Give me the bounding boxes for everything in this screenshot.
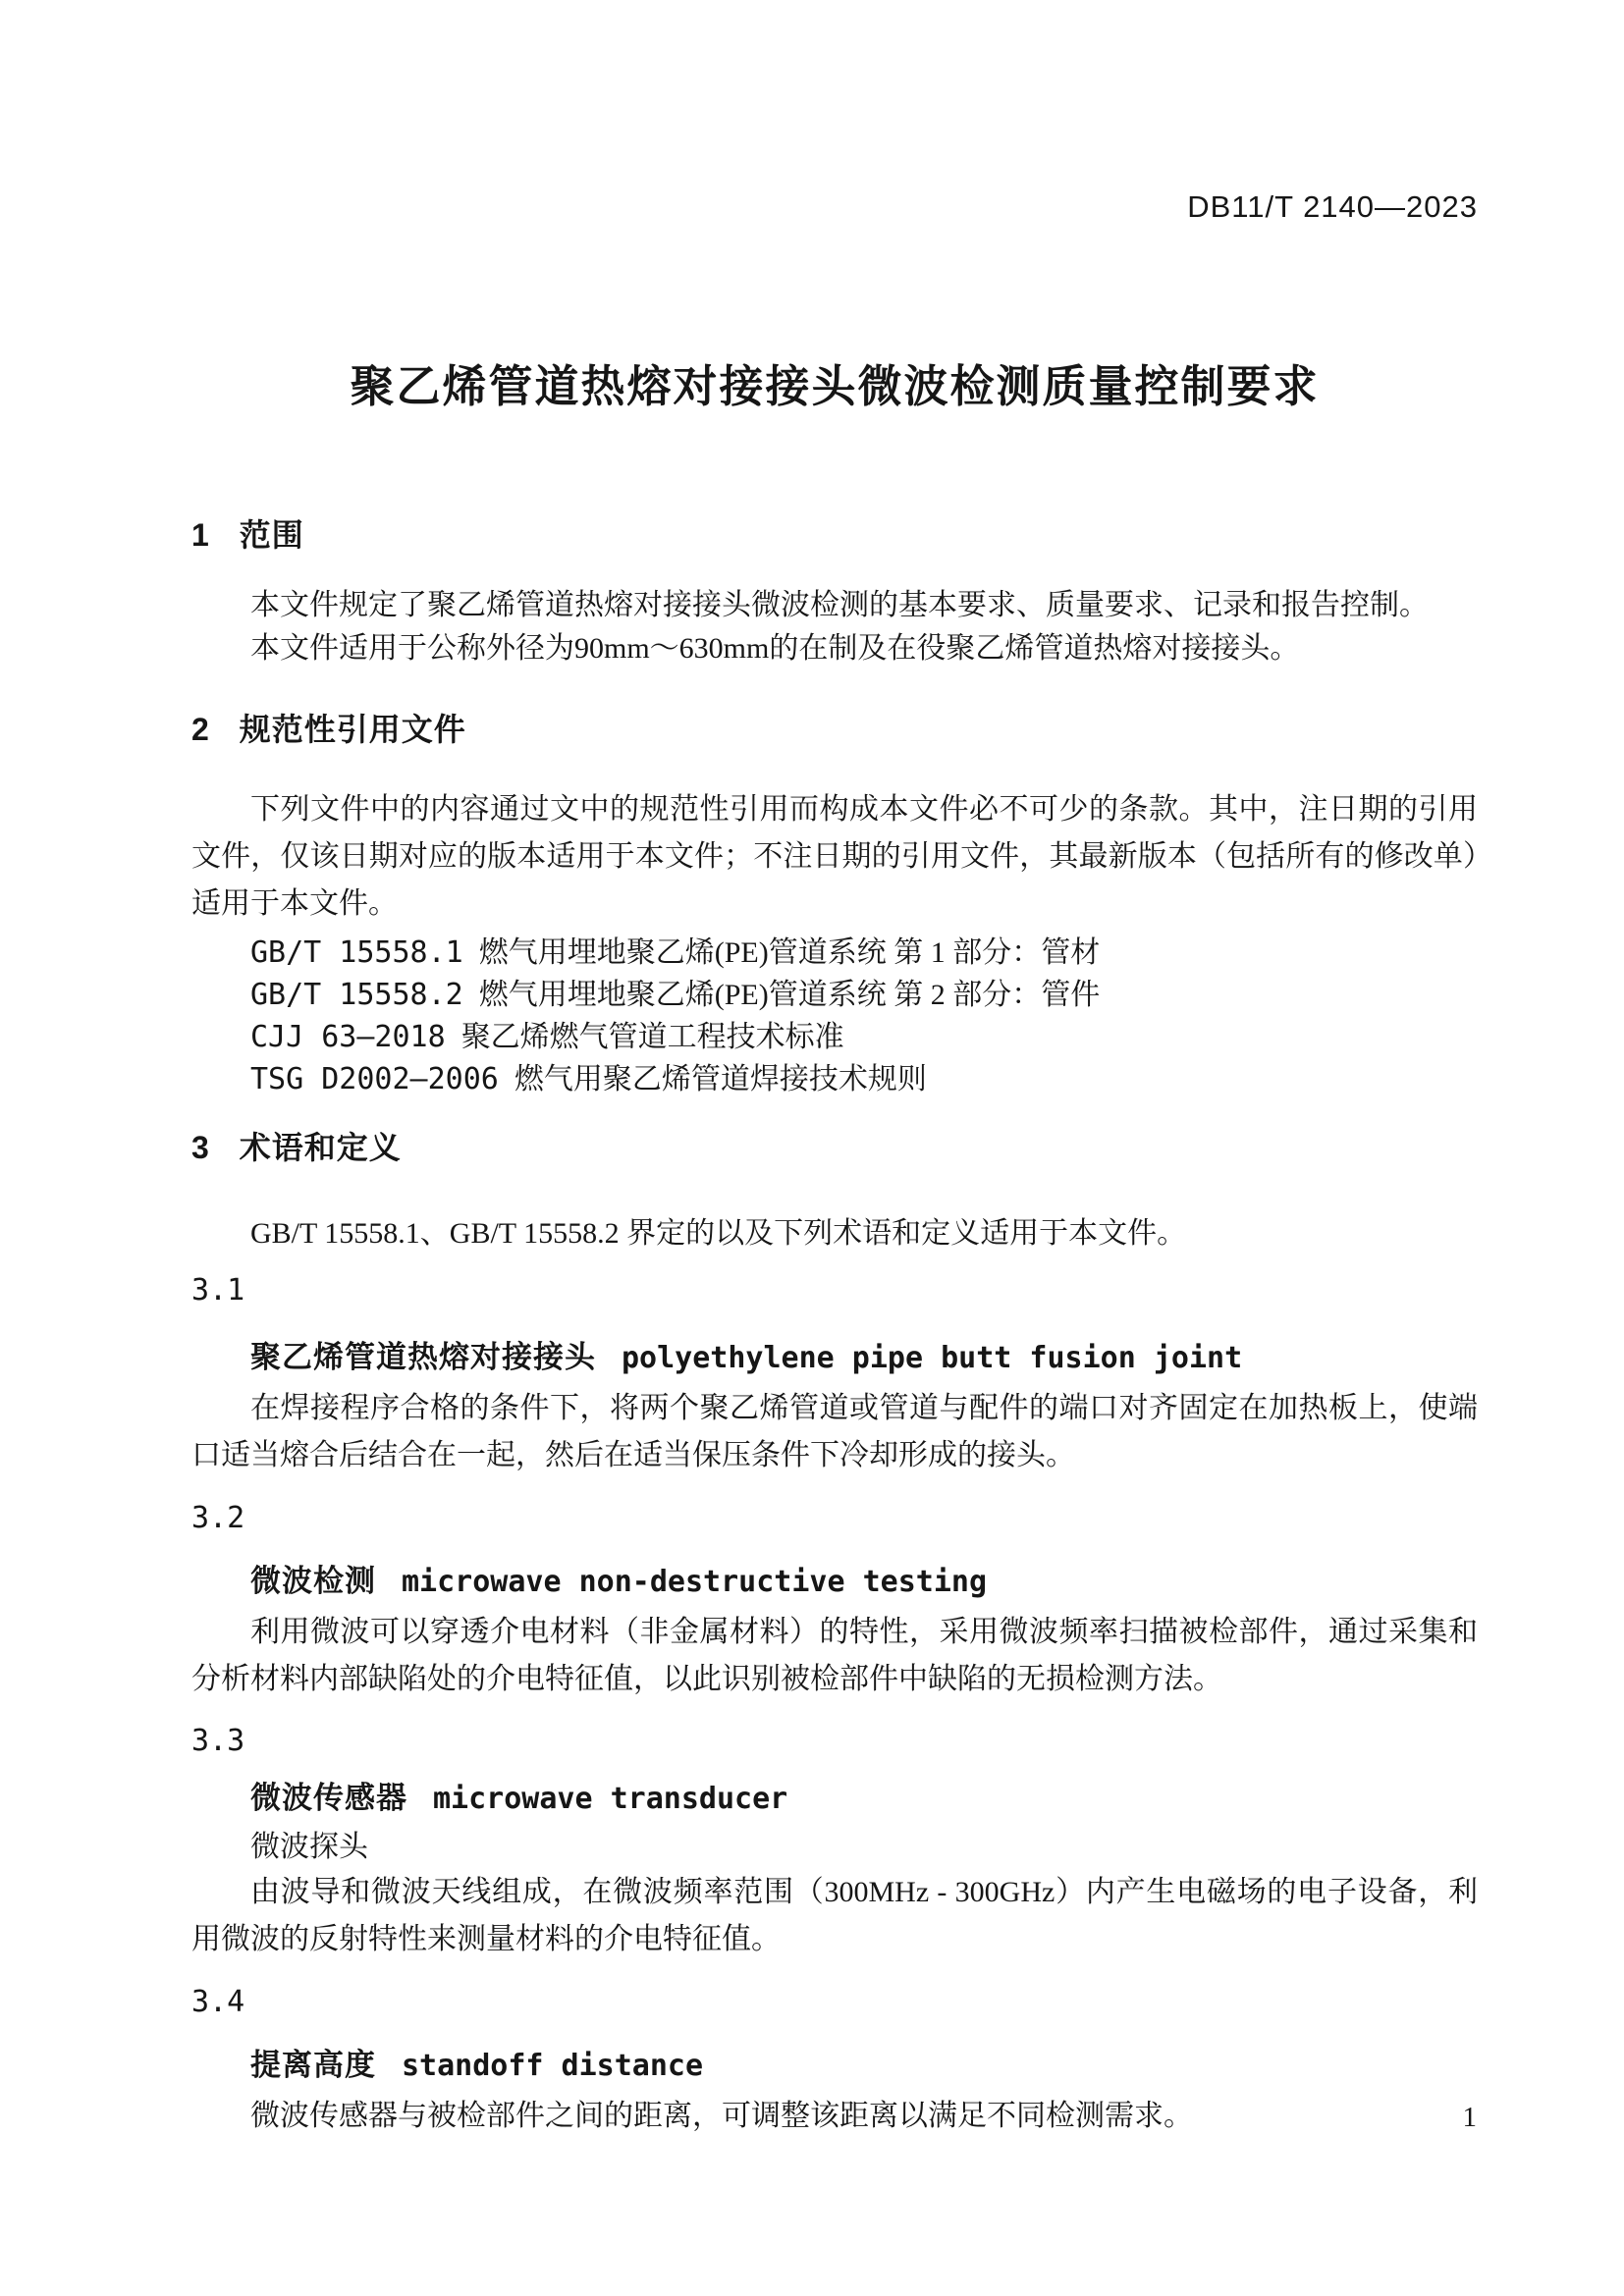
reference-code: GB/T 15558.2 xyxy=(250,978,463,1012)
doc-number: DB11/T 2140—2023 xyxy=(191,0,1478,225)
term-line-3-3: 微波传感器microwave transducer xyxy=(191,1777,1478,1826)
page-title: 聚乙烯管道热熔对接接头微波检测质量控制要求 xyxy=(191,356,1478,417)
term-line-3-4: 提离高度standoff distance xyxy=(191,2044,1478,2093)
reference-title: 聚乙烯燃气管道工程技术标准 xyxy=(461,1021,844,1053)
reference-title: 燃气用聚乙烯管道焊接技术规则 xyxy=(514,1063,927,1095)
reference-code: CJJ 63—2018 xyxy=(250,1020,446,1054)
section-3-number: 3 xyxy=(191,1126,210,1169)
term-definition-3-4: 微波传感器与被检部件之间的距离，可调整该距离以满足不同检测需求。 xyxy=(191,2093,1478,2140)
term-zh: 提离高度 xyxy=(250,2048,376,2082)
term-zh: 微波检测 xyxy=(250,1564,376,1598)
term-zh: 聚乙烯管道热熔对接接头 xyxy=(250,1340,596,1374)
section-1-heading-label: 范围 xyxy=(240,517,304,553)
clause-number-3-3: 3.3 xyxy=(191,1720,1478,1763)
term-en: polyethylene pipe butt fusion joint xyxy=(622,1341,1242,1375)
section-2-heading: 2规范性引用文件 xyxy=(191,708,1478,751)
reference-title: 燃气用埋地聚乙烯(PE)管道系统 第 2 部分：管件 xyxy=(479,979,1101,1011)
term-definition-3-3: 由波导和微波天线组成，在微波频率范围（300MHz - 300GHz）内产生电磁… xyxy=(191,1869,1478,1963)
section-3-intro-paragraph: GB/T 15558.1、GB/T 15558.2 界定的以及下列术语和定义适用… xyxy=(191,1210,1478,1257)
section-1-paragraph-2: 本文件适用于公称外径为90mm～630mm的在制及在役聚乙烯管道热熔对接接头。 xyxy=(191,627,1478,670)
term-line-3-1: 聚乙烯管道热熔对接接头polyethylene pipe butt fusion… xyxy=(191,1336,1478,1385)
section-1-paragraph-1: 本文件规定了聚乙烯管道热熔对接接头微波检测的基本要求、质量要求、记录和报告控制。 xyxy=(191,584,1478,627)
page-content: DB11/T 2140—2023 聚乙烯管道热熔对接接头微波检测质量控制要求 1… xyxy=(0,0,1624,2140)
term-definition-3-2: 利用微波可以穿透介电材料（非金属材料）的特性，采用微波频率扫描被检部件，通过采集… xyxy=(191,1609,1478,1703)
reference-item: GB/T 15558.2燃气用埋地聚乙烯(PE)管道系统 第 2 部分：管件 xyxy=(191,974,1478,1016)
section-3-heading: 3术语和定义 xyxy=(191,1126,1478,1169)
term-synonym-3-3: 微波探头 xyxy=(191,1826,1478,1869)
section-2-intro-paragraph: 下列文件中的内容通过文中的规范性引用而构成本文件必不可少的条款。其中，注日期的引… xyxy=(191,786,1478,928)
clause-number-3-4: 3.4 xyxy=(191,1981,1478,2024)
clause-number-3-2: 3.2 xyxy=(191,1497,1478,1540)
reference-code: GB/T 15558.1 xyxy=(250,935,463,970)
document-page: DB11/T 2140—2023 聚乙烯管道热熔对接接头微波检测质量控制要求 1… xyxy=(0,0,1624,2296)
reference-title: 燃气用埋地聚乙烯(PE)管道系统 第 1 部分：管材 xyxy=(479,936,1101,969)
reference-item: CJJ 63—2018聚乙烯燃气管道工程技术标准 xyxy=(191,1016,1478,1058)
clause-number-3-1: 3.1 xyxy=(191,1269,1478,1312)
reference-item: GB/T 15558.1燃气用埋地聚乙烯(PE)管道系统 第 1 部分：管材 xyxy=(191,932,1478,974)
term-definition-3-1: 在焊接程序合格的条件下，将两个聚乙烯管道或管道与配件的端口对齐固定在加热板上，使… xyxy=(191,1385,1478,1479)
term-en: microwave non-destructive testing xyxy=(402,1565,987,1599)
reference-list: GB/T 15558.1燃气用埋地聚乙烯(PE)管道系统 第 1 部分：管材 G… xyxy=(191,932,1478,1100)
section-1-heading: 1范围 xyxy=(191,513,1478,557)
section-1-number: 1 xyxy=(191,513,210,557)
section-2-number: 2 xyxy=(191,708,210,751)
term-line-3-2: 微波检测microwave non-destructive testing xyxy=(191,1560,1478,1609)
term-en: standoff distance xyxy=(402,2049,703,2083)
section-3-heading-label: 术语和定义 xyxy=(240,1130,402,1165)
reference-item: TSG D2002—2006燃气用聚乙烯管道焊接技术规则 xyxy=(191,1058,1478,1100)
page-number: 1 xyxy=(1463,2101,1478,2134)
reference-code: TSG D2002—2006 xyxy=(250,1062,499,1096)
term-zh: 微波传感器 xyxy=(250,1781,407,1815)
section-2-heading-label: 规范性引用文件 xyxy=(240,712,466,747)
term-en: microwave transducer xyxy=(433,1782,787,1816)
